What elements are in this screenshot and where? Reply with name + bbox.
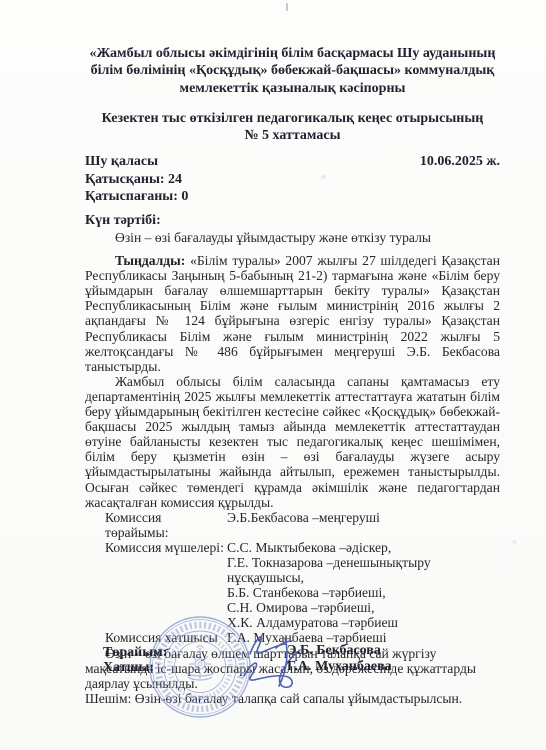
commission-row: Комиссия төрайымы: Э.Б.Бекбасова –меңгер… [85,510,500,540]
commission-member: С.Н. Омирова –тәрбиеші, [227,600,500,615]
heard-text: «Білім туралы» 2007 жылғы 27 шілдедегі Қ… [85,253,500,374]
heard-label: Тыңдалды: [115,253,185,268]
agenda-section: Күн тәртібі: Өзін – өзі бағалауды ұйымда… [85,212,500,246]
agenda-item: Өзін – өзі бағалауды ұйымдастыру және өт… [85,229,500,246]
protocol-title-line: № 5 хаттамасы [85,127,500,144]
commission-role-label [105,615,227,630]
attended-count: Қатысқаны: 24 [85,171,500,188]
commission-list: Комиссия төрайымы: Э.Б.Бекбасова –меңгер… [85,510,500,646]
org-header-line: мемлекеттік қазыналық кәсіпорны [85,80,500,97]
commission-member: Г.А. Муханбаева –тәрбиеші [227,630,500,645]
commission-row: С.Н. Омирова –тәрбиеші, [85,600,500,615]
commission-role-label [105,555,227,585]
agenda-heading: Күн тәртібі: [85,212,500,229]
scanned-protocol-page: «Жамбыл облысы әкімдігінің білім басқарм… [0,0,546,750]
proposal-paragraph: Өзін – өзі бағалау өлшем шарттарын талап… [85,646,500,691]
commission-role-label: Комиссия төрайымы: [105,510,227,540]
absent-count: Қатыспағаны: 0 [85,188,500,205]
heard-paragraph: Тыңдалды: «Білім туралы» 2007 жылғы 27 ш… [85,253,500,374]
commission-row: Б.Б. Станбекова –тәрбиеші, [85,585,500,600]
commission-row: Г.Е. Токназарова –денешынықтыру нұсқаушы… [85,555,500,585]
scan-artifact [512,540,517,544]
commission-row: Х.К. Алдамуратова –тәрбиеш [85,615,500,630]
body-paragraph: Жамбыл облысы білім саласында сапаны қам… [85,374,500,510]
org-header-line: білім бөлімінің «Қосқұдық» бөбекжай-бақш… [85,62,500,79]
commission-member: Б.Б. Станбекова –тәрбиеші, [227,585,500,600]
protocol-title: Кезектен тыс өткізілген педагогикалық ке… [85,110,500,145]
decision-line: Шешім: Өзін-өзі бағалау талапқа сай сапа… [85,691,500,706]
commission-member: Х.К. Алдамуратова –тәрбиеш [227,615,500,630]
meta-block: Шу қаласы 10.06.2025 ж. Қатысқаны: 24 Қа… [85,153,500,205]
commission-role-label [105,585,227,600]
commission-member: Г.Е. Токназарова –денешынықтыру нұсқаушы… [227,555,500,585]
org-header-line: «Жамбыл облысы әкімдігінің білім басқарм… [85,45,500,62]
date-label: 10.06.2025 ж. [420,153,500,170]
commission-role-label: Комиссия мүшелері: [105,540,227,555]
scan-artifact [286,3,288,11]
protocol-title-line: Кезектен тыс өткізілген педагогикалық ке… [85,110,500,127]
commission-member: Э.Б.Бекбасова –меңгеруші [227,510,500,540]
commission-member: С.С. Мыктыбекова –әдіскер, [227,540,500,555]
organization-header: «Жамбыл облысы әкімдігінің білім басқарм… [85,45,500,97]
document-content: «Жамбыл облысы әкімдігінің білім басқарм… [85,45,500,706]
commission-row: Комиссия мүшелері: С.С. Мыктыбекова –әді… [85,540,500,555]
commission-row: Комиссия хатшысы Г.А. Муханбаева –тәрбие… [85,630,500,645]
commission-role-label [105,600,227,615]
commission-role-label: Комиссия хатшысы [105,630,227,645]
